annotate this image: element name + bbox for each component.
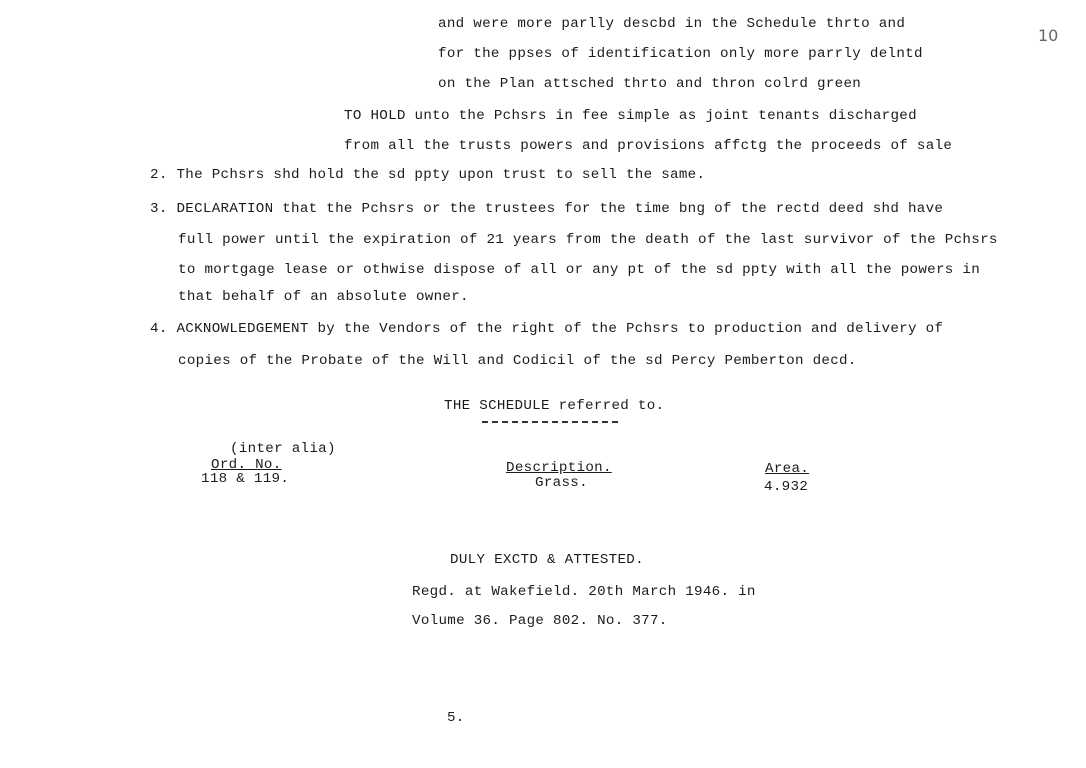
- schedule-note: (inter alia): [230, 441, 336, 457]
- volume-line: Volume 36. Page 802. No. 377.: [412, 613, 668, 629]
- habendum-line-1: TO HOLD unto the Pchsrs in fee simple as…: [344, 108, 917, 124]
- registration-line: Regd. at Wakefield. 20th March 1946. in: [412, 584, 756, 600]
- clause-2: 2. The Pchsrs shd hold the sd ppty upon …: [150, 167, 705, 183]
- header-description: Description.: [506, 460, 612, 476]
- continuation-line-2: for the ppses of identification only mor…: [438, 46, 923, 62]
- schedule-title-underline: [482, 421, 618, 423]
- clause-4-line-1: 4. ACKNOWLEDGEMENT by the Vendors of the…: [150, 321, 943, 337]
- row-description: Grass.: [535, 475, 588, 491]
- continuation-line-3: on the Plan attsched thrto and thron col…: [438, 76, 861, 92]
- clause-3-line-1: 3. DECLARATION that the Pchsrs or the tr…: [150, 201, 943, 217]
- clause-3-line-4: that behalf of an absolute owner.: [178, 289, 469, 305]
- schedule-title: THE SCHEDULE referred to.: [444, 398, 664, 414]
- row-ord-no: 118 & 119.: [201, 471, 289, 487]
- clause-3-line-3: to mortgage lease or othwise dispose of …: [178, 262, 980, 278]
- habendum-line-2: from all the trusts powers and provision…: [344, 138, 952, 154]
- header-area: Area.: [765, 461, 809, 477]
- clause-4-line-2: copies of the Probate of the Will and Co…: [178, 353, 857, 369]
- continuation-line-1: and were more parlly descbd in the Sched…: [438, 16, 905, 32]
- row-area: 4.932: [764, 479, 808, 495]
- page-number: 5.: [447, 710, 465, 726]
- page-mark: 10: [1038, 26, 1058, 45]
- attested-line: DULY EXCTD & ATTESTED.: [450, 552, 644, 568]
- clause-3-line-2: full power until the expiration of 21 ye…: [178, 232, 998, 248]
